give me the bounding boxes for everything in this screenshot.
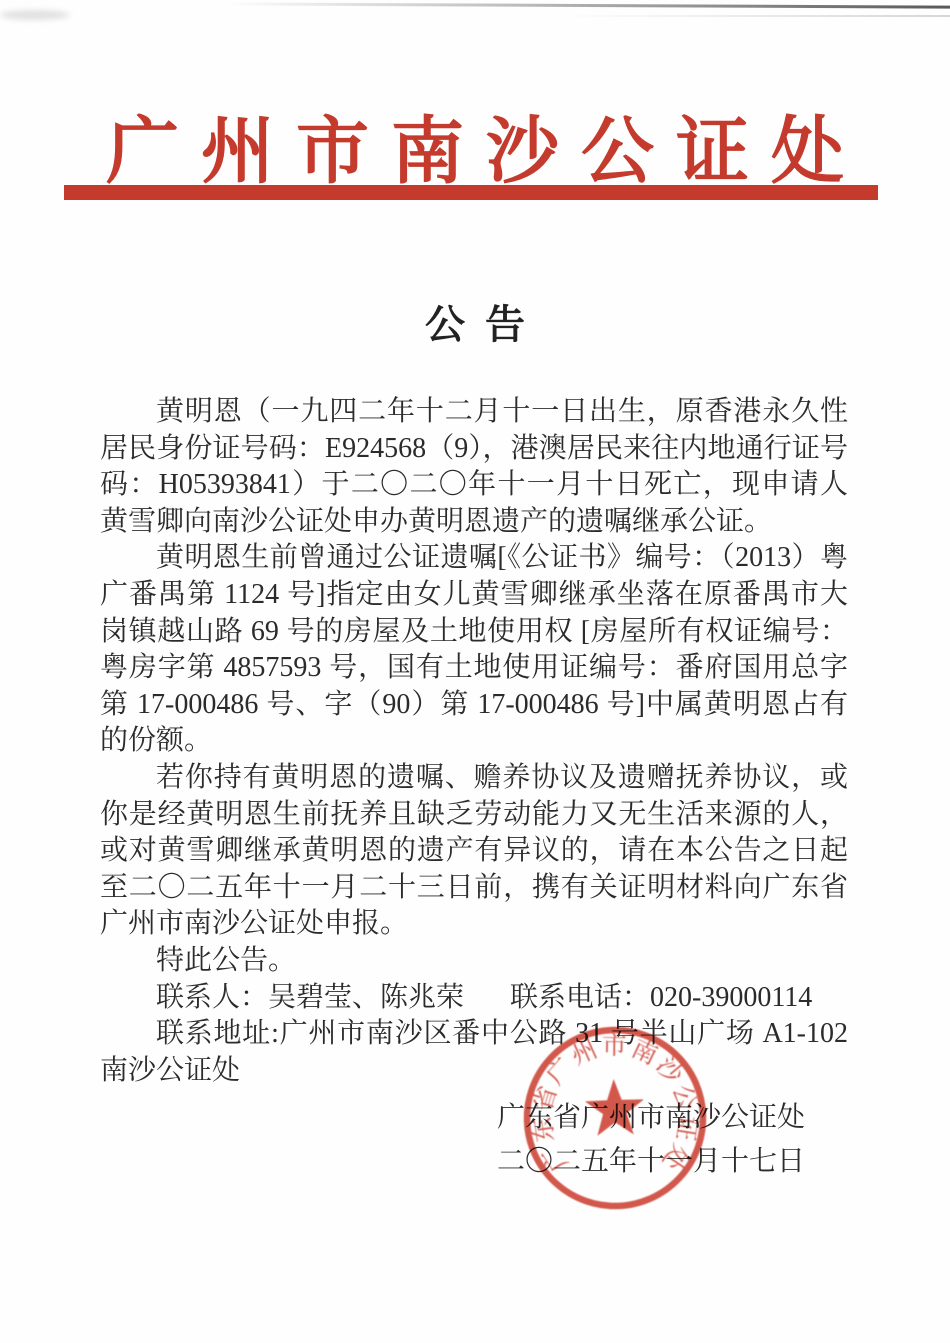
contact-phone: 联系电话：020-39000114 (510, 982, 812, 1013)
scan-artifact-line (560, 15, 950, 17)
contact-line: 联系人：吴碧莹、陈兆荣联系电话：020-39000114 (100, 980, 848, 1017)
header-divider-bar (64, 185, 878, 200)
notary-office-name: 广州市南沙公证处 (0, 92, 950, 197)
contact-person: 联系人：吴碧莹、陈兆荣 (156, 982, 464, 1013)
contact-address: 联系地址:广州市南沙区番中公路 31 号半山广场 A1-102南沙公证处 (100, 1016, 848, 1089)
notice-paragraph: 特此公告。 (100, 943, 848, 980)
star-icon (584, 1078, 645, 1136)
notice-paragraph: 黄明恩生前曾通过公证遗嘱[《公证书》编号：（2013）粤广番禺第 1124 号]… (100, 540, 848, 760)
notice-paragraph: 若你持有黄明恩的遗嘱、赡养协议及遗赠抚养协议，或你是经黄明恩生前抚养且缺乏劳动能… (100, 760, 848, 943)
scan-artifact-line (225, 2, 950, 8)
notice-paragraph: 黄明恩（一九四二年十二月十一日出生，原香港永久性居民身份证号码：E924568（… (100, 394, 848, 540)
notice-title: 公告 (0, 293, 950, 350)
official-seal: 广东省广州市南沙公证处 (510, 1013, 721, 1224)
notice-body: 黄明恩（一九四二年十二月十一日出生，原香港永久性居民身份证号码：E924568（… (100, 394, 848, 1089)
notice-document-page: 广州市南沙公证处 公告 黄明恩（一九四二年十二月十一日出生，原香港永久性居民身份… (0, 0, 950, 1343)
scan-artifact-smudge (0, 10, 70, 20)
